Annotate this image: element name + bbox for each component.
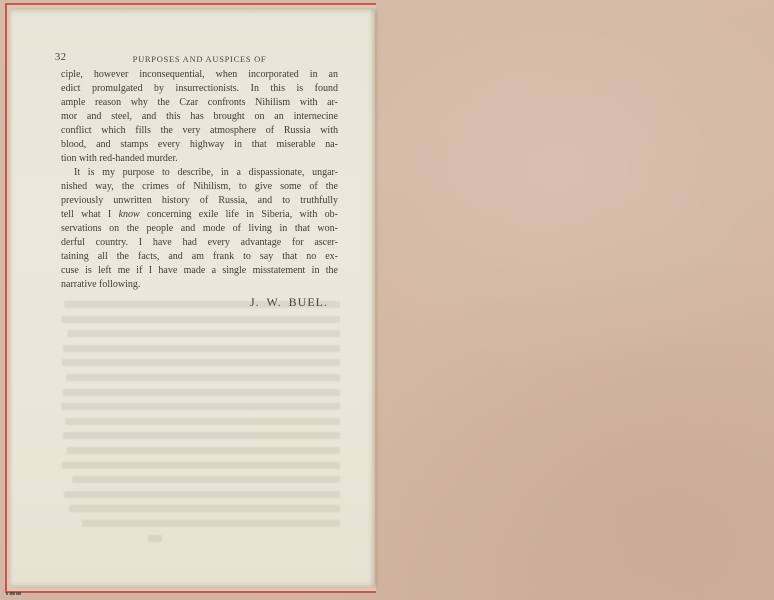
text-segment: tell what I (61, 209, 119, 220)
text-line: tell what I know concerning exile life i… (61, 208, 338, 222)
text-line: tion with red-handed murder. (61, 152, 338, 166)
body-lines: ciple, however inconsequential, when inc… (61, 68, 338, 292)
corner-mark (6, 592, 21, 595)
running-head: PURPOSES AND AUSPICES OF (61, 54, 338, 64)
text-line: edict promulgated by insurrectionists. I… (61, 82, 338, 96)
text-line: previously unwritten history of Russia, … (61, 194, 338, 208)
text-line: blood, and stamps every highway in that … (61, 138, 338, 152)
text-line: conflict which fills the very atmosphere… (61, 124, 338, 138)
text-line: ample reason why the Czar confronts Nihi… (61, 96, 338, 110)
bleedthrough-text (58, 301, 340, 549)
text-line: taining all the facts, and am frank to s… (61, 250, 338, 264)
text-line: cuse is left me if I have made a single … (61, 264, 338, 278)
text-line: ciple, however inconsequential, when inc… (61, 68, 338, 82)
italic-word: know (119, 209, 140, 220)
author-signature: J. W. BUEL. (61, 295, 338, 310)
book-page: 32 PURPOSES AND AUSPICES OF ciple, howev… (10, 9, 375, 587)
text-segment: concerning exile life in Siberia, with o… (140, 209, 338, 220)
text-line: nished way, the crimes of Nihilism, to g… (61, 180, 338, 194)
text-line: derful country. I have had every advanta… (61, 236, 338, 250)
text-line: narrative following. (61, 278, 338, 292)
text-line: mor and steel, and this has brought on a… (61, 110, 338, 124)
text-line: servations on the people and mode of liv… (61, 222, 338, 236)
text-line: It is my purpose to describe, in a dispa… (61, 166, 338, 180)
text-block: ciple, however inconsequential, when inc… (61, 68, 338, 310)
